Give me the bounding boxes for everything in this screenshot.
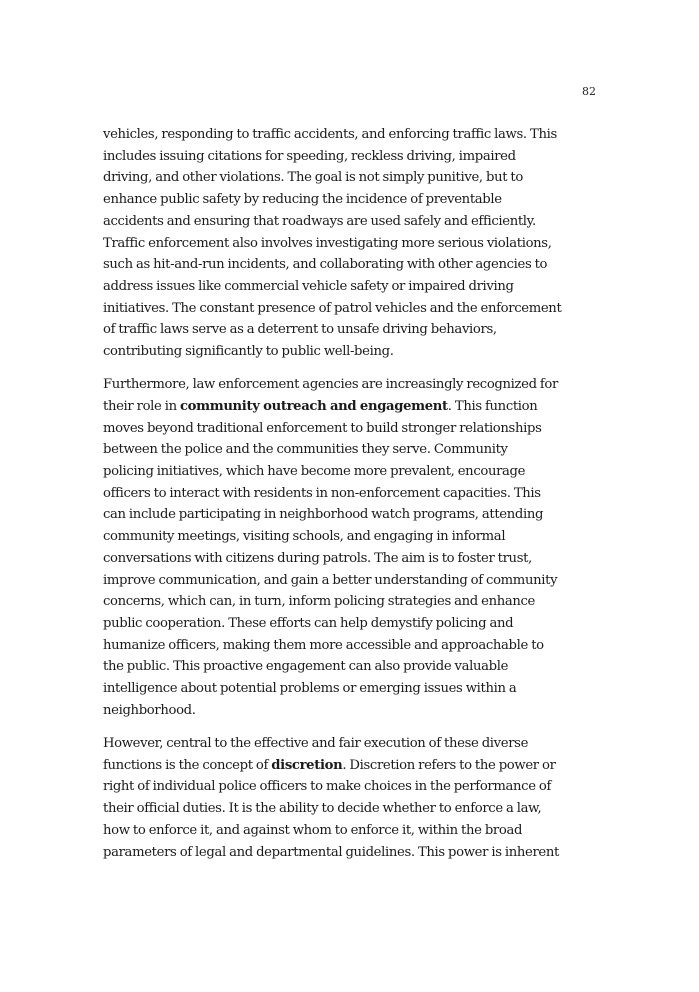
text-run: functions is the concept of [103, 758, 271, 773]
body-text: vehicles, responding to traffic accident… [103, 124, 603, 875]
text-line: their official duties. It is the ability… [103, 798, 603, 820]
text-line: right of individual police officers to m… [103, 776, 603, 798]
text-line: enhance public safety by reducing the in… [103, 189, 603, 211]
text-line: policing initiatives, which have become … [103, 461, 603, 483]
text-run: their role in [103, 399, 180, 414]
text-line: their role in community outreach and eng… [103, 396, 603, 418]
text-line: the public. This proactive engagement ca… [103, 656, 603, 678]
text-line: conversations with citizens during patro… [103, 548, 603, 570]
text-line: functions is the concept of discretion. … [103, 755, 603, 777]
text-line: such as hit-and-run incidents, and colla… [103, 254, 603, 276]
text-line: Traffic enforcement also involves invest… [103, 233, 603, 255]
text-line: improve communication, and gain a better… [103, 570, 603, 592]
text-line: vehicles, responding to traffic accident… [103, 124, 603, 146]
text-line: concerns, which can, in turn, inform pol… [103, 591, 603, 613]
text-line: how to enforce it, and against whom to e… [103, 820, 603, 842]
text-line: intelligence about potential problems or… [103, 678, 603, 700]
bold-term-community-outreach: community outreach and engagement [180, 399, 448, 414]
text-line: public cooperation. These efforts can he… [103, 613, 603, 635]
text-line: can include participating in neighborhoo… [103, 504, 603, 526]
text-line: of traffic laws serve as a deterrent to … [103, 319, 603, 341]
text-line: includes issuing citations for speeding,… [103, 146, 603, 168]
text-line: moves beyond traditional enforcement to … [103, 418, 603, 440]
paragraph-discretion: However, central to the effective and fa… [103, 733, 603, 863]
text-line: driving, and other violations. The goal … [103, 167, 603, 189]
text-line: humanize officers, making them more acce… [103, 635, 603, 657]
text-run: . This function [448, 399, 538, 414]
text-line: between the police and the communities t… [103, 439, 603, 461]
text-run: . Discretion refers to the power or [342, 758, 555, 773]
text-line: contributing significantly to public wel… [103, 341, 603, 363]
text-line: community meetings, visiting schools, an… [103, 526, 603, 548]
page-number: 82 [560, 85, 596, 98]
text-line: address issues like commercial vehicle s… [103, 276, 603, 298]
text-line: neighborhood. [103, 700, 603, 722]
text-line: accidents and ensuring that roadways are… [103, 211, 603, 233]
text-line: initiatives. The constant presence of pa… [103, 298, 603, 320]
paragraph-community-outreach: Furthermore, law enforcement agencies ar… [103, 374, 603, 721]
bold-term-discretion: discretion [271, 758, 342, 773]
text-line: officers to interact with residents in n… [103, 483, 603, 505]
paragraph-traffic-enforcement: vehicles, responding to traffic accident… [103, 124, 603, 363]
text-line: Furthermore, law enforcement agencies ar… [103, 374, 603, 396]
text-line: parameters of legal and departmental gui… [103, 842, 603, 864]
text-line: However, central to the effective and fa… [103, 733, 603, 755]
